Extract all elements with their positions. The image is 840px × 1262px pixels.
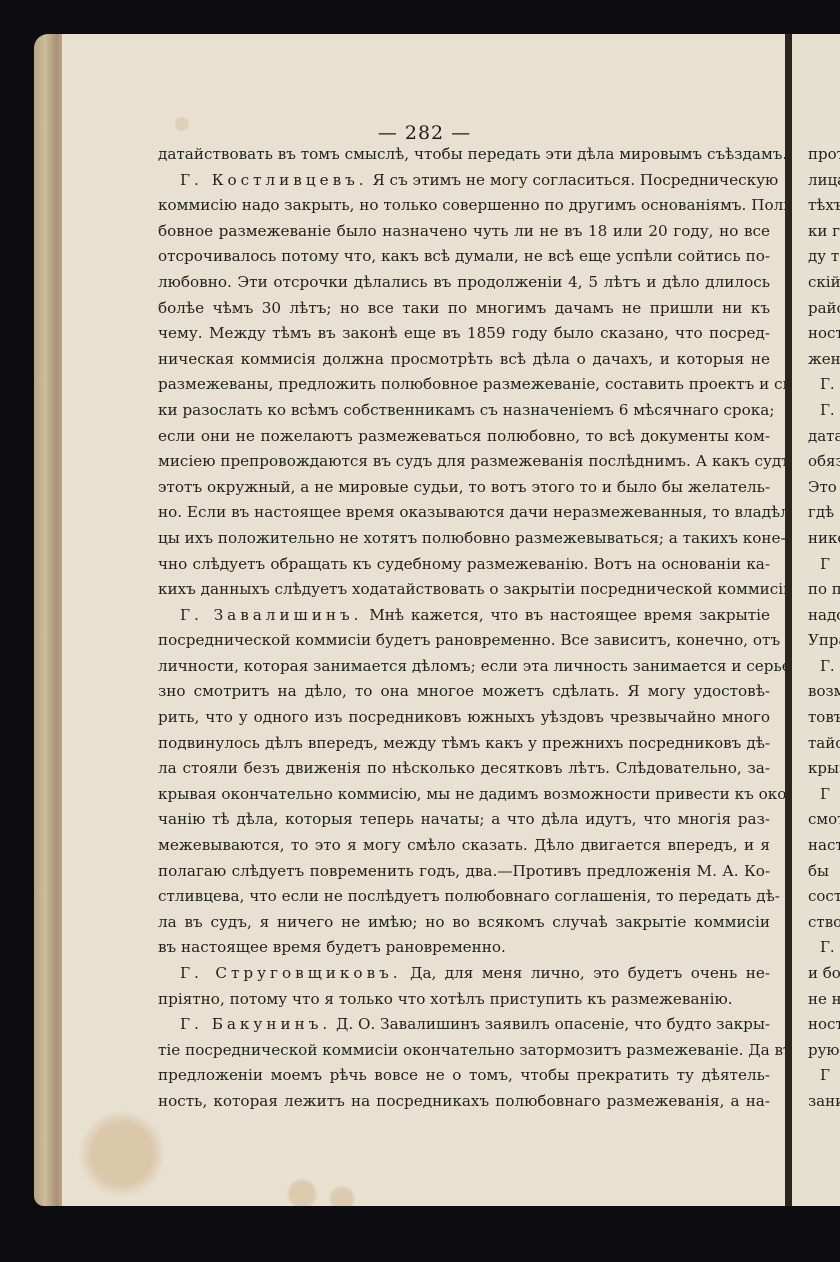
text-line: рить, что у одного изъ посредниковъ южны… bbox=[158, 705, 770, 731]
adjacent-text-line: Г. bbox=[792, 398, 840, 424]
adjacent-text-line: женi bbox=[792, 347, 840, 373]
line-text: ность, которая лежитъ на посредникахъ по… bbox=[158, 1092, 770, 1110]
adjacent-text-line: сост bbox=[792, 884, 840, 910]
text-line: Г. Струговщиковъ. Да, для меня лично, эт… bbox=[158, 961, 770, 987]
line-text: любовно. Эти отсрочки дѣлались въ продол… bbox=[158, 273, 770, 291]
text-line: посреднической коммисіи будетъ рановреме… bbox=[158, 628, 770, 654]
text-line: ла въ судъ, я ничего не имѣю; но во всяк… bbox=[158, 910, 770, 936]
book-page-282: — 282 — датайствовать въ томъ смыслѣ, чт… bbox=[62, 34, 787, 1206]
text-line: мисіею препровождаются въ судъ для разме… bbox=[158, 449, 770, 475]
line-text: предложеніи моемъ рѣчь вовсе не о томъ, … bbox=[158, 1066, 770, 1084]
line-text: датайствовать въ томъ смыслѣ, чтобы пере… bbox=[158, 145, 787, 163]
line-text: кихъ данныхъ слѣдуетъ ходатайствовать о … bbox=[158, 580, 798, 598]
adjacent-text-line: бы bbox=[792, 859, 840, 885]
text-line: чно слѣдуетъ обращать къ судебному разме… bbox=[158, 552, 770, 578]
line-text: тіе посреднической коммисіи окончательно… bbox=[158, 1041, 793, 1059]
adjacent-text-line: лица bbox=[792, 168, 840, 194]
line-text: чно слѣдуетъ обращать къ судебному разме… bbox=[158, 555, 770, 573]
text-line: пріятно, потому что я только что хотѣлъ … bbox=[158, 987, 770, 1013]
adjacent-page-partial: протлицатѣхъки гду тскійрайоностженiГ.Г.… bbox=[792, 34, 840, 1206]
adjacent-text-line: наст bbox=[792, 833, 840, 859]
adjacent-text-line: Г bbox=[792, 1063, 840, 1089]
line-text: подвинулось дѣлъ впередъ, между тѣмъ как… bbox=[158, 734, 770, 752]
line-text: посреднической коммисіи будетъ рановреме… bbox=[158, 631, 780, 649]
line-text: болѣе чѣмъ 30 лѣтъ; но все таки по многи… bbox=[158, 299, 770, 317]
adjacent-text-line: Г. bbox=[792, 654, 840, 680]
text-line: бовное размежеваніе было назначено чуть … bbox=[158, 219, 770, 245]
line-text: рить, что у одного изъ посредниковъ южны… bbox=[158, 708, 770, 726]
line-text: отсрочивалось потому что, какъ всѣ думал… bbox=[158, 247, 770, 265]
adjacent-text-line: скій bbox=[792, 270, 840, 296]
text-line: ки разослать ко всѣмъ собственникамъ съ … bbox=[158, 398, 770, 424]
line-text: Да, для меня лично, это будетъ очень не- bbox=[402, 964, 770, 982]
adjacent-text-line: возм bbox=[792, 679, 840, 705]
line-text: ла въ судъ, я ничего не имѣю; но во всяк… bbox=[158, 913, 770, 931]
line-text: ническая коммисія должна просмотрѣть всѣ… bbox=[158, 350, 770, 368]
adjacent-text-line: ност bbox=[792, 1012, 840, 1038]
speaker-name: Г. Бакунинъ. bbox=[180, 1015, 331, 1033]
adjacent-text-line: Упра bbox=[792, 628, 840, 654]
text-line: цы ихъ положительно не хотятъ полюбовно … bbox=[158, 526, 770, 552]
text-line: отсрочивалось потому что, какъ всѣ думал… bbox=[158, 244, 770, 270]
speaker-name: Г. Струговщиковъ. bbox=[180, 964, 402, 982]
line-text: личности, которая занимается дѣломъ; есл… bbox=[158, 657, 796, 675]
line-text: цы ихъ положительно не хотятъ полюбовно … bbox=[158, 529, 786, 547]
book-gutter bbox=[785, 34, 792, 1206]
line-text: этотъ окружный, а не мировые судьи, то в… bbox=[158, 478, 770, 496]
adjacent-text-line: прот bbox=[792, 142, 840, 168]
line-text: стливцева, что если не послѣдуетъ полюбо… bbox=[158, 887, 780, 905]
line-text: ки разослать ко всѣмъ собственникамъ съ … bbox=[158, 401, 774, 419]
line-text: въ настоящее время будетъ рановременно. bbox=[158, 938, 506, 956]
text-line: чанію тѣ дѣла, которыя теперь начаты; а … bbox=[158, 807, 770, 833]
adjacent-text-line: нико bbox=[792, 526, 840, 552]
adjacent-text-line: райо bbox=[792, 296, 840, 322]
line-text: если они не пожелаютъ размежеваться полю… bbox=[158, 427, 770, 445]
adjacent-page-text: протлицатѣхъки гду тскійрайоностженiГ.Г.… bbox=[792, 142, 840, 1115]
text-line: ла стояли безъ движенія по нѣсколько дес… bbox=[158, 756, 770, 782]
text-line: если они не пожелаютъ размежеваться полю… bbox=[158, 424, 770, 450]
adjacent-text-line: смот bbox=[792, 807, 840, 833]
line-text: ла стояли безъ движенія по нѣсколько дес… bbox=[158, 759, 770, 777]
text-line: тіе посреднической коммисіи окончательно… bbox=[158, 1038, 770, 1064]
line-text: бовное размежеваніе было назначено чуть … bbox=[158, 222, 770, 240]
line-text: межевываются, то это я могу смѣло сказат… bbox=[158, 836, 770, 854]
text-line: межевываются, то это я могу смѣло сказат… bbox=[158, 833, 770, 859]
text-line: но. Если въ настоящее время оказываются … bbox=[158, 500, 770, 526]
text-line: предложеніи моемъ рѣчь вовсе не о томъ, … bbox=[158, 1063, 770, 1089]
adjacent-text-line: тайс bbox=[792, 731, 840, 757]
text-line: ность, которая лежитъ на посредникахъ по… bbox=[158, 1089, 770, 1115]
adjacent-text-line: тѣхъ bbox=[792, 193, 840, 219]
adjacent-text-line: ки г bbox=[792, 219, 840, 245]
adjacent-text-line: Это bbox=[792, 475, 840, 501]
adjacent-text-line: обяз bbox=[792, 449, 840, 475]
text-line: Г. Костливцевъ. Я съ этимъ не могу согла… bbox=[158, 168, 770, 194]
text-line: подвинулось дѣлъ впередъ, между тѣмъ как… bbox=[158, 731, 770, 757]
page-number: — 282 — bbox=[62, 122, 787, 144]
page-text-body: датайствовать въ томъ смыслѣ, чтобы пере… bbox=[158, 142, 770, 1115]
line-text: зно смотритъ на дѣло, то она многое може… bbox=[158, 682, 770, 700]
line-text: чанію тѣ дѣла, которыя теперь начаты; а … bbox=[158, 810, 770, 828]
speaker-name: Г. Завалишинъ. bbox=[180, 606, 362, 624]
line-text: пріятно, потому что я только что хотѣлъ … bbox=[158, 990, 733, 1008]
text-line: стливцева, что если не послѣдуетъ полюбо… bbox=[158, 884, 770, 910]
text-line: болѣе чѣмъ 30 лѣтъ; но все таки по многи… bbox=[158, 296, 770, 322]
adjacent-text-line: и бо bbox=[792, 961, 840, 987]
adjacent-text-line: по п bbox=[792, 577, 840, 603]
text-line: любовно. Эти отсрочки дѣлались въ продол… bbox=[158, 270, 770, 296]
text-line: Г. Бакунинъ. Д. О. Завалишинъ заявилъ оп… bbox=[158, 1012, 770, 1038]
text-line: въ настоящее время будетъ рановременно. bbox=[158, 935, 770, 961]
adjacent-text-line: товъ bbox=[792, 705, 840, 731]
text-line: полагаю слѣдуетъ повременить годъ, два.—… bbox=[158, 859, 770, 885]
adjacent-text-line: ду т bbox=[792, 244, 840, 270]
text-line: ническая коммисія должна просмотрѣть всѣ… bbox=[158, 347, 770, 373]
adjacent-text-line: не н bbox=[792, 987, 840, 1013]
text-line: размежеваны, предложить полюбовное разме… bbox=[158, 372, 770, 398]
text-line: датайствовать въ томъ смыслѣ, чтобы пере… bbox=[158, 142, 770, 168]
adjacent-text-line: надо bbox=[792, 603, 840, 629]
adjacent-text-line: крыз bbox=[792, 756, 840, 782]
text-line: зно смотритъ на дѣло, то она многое може… bbox=[158, 679, 770, 705]
text-line: чему. Между тѣмъ въ законѣ еще въ 1859 г… bbox=[158, 321, 770, 347]
line-text: Мнѣ кажется, что въ настоящее время закр… bbox=[362, 606, 770, 624]
adjacent-text-line: Г bbox=[792, 782, 840, 808]
adjacent-text-line: зани bbox=[792, 1089, 840, 1115]
line-text: чему. Между тѣмъ въ законѣ еще въ 1859 г… bbox=[158, 324, 770, 342]
text-line: крывая окончательно коммисію, мы не дади… bbox=[158, 782, 770, 808]
adjacent-text-line: Г. bbox=[792, 372, 840, 398]
text-line: коммисію надо закрыть, но только соверше… bbox=[158, 193, 770, 219]
line-text: коммисію надо закрыть, но только соверше… bbox=[158, 196, 802, 214]
adjacent-text-line: Г bbox=[792, 552, 840, 578]
line-text: Д. О. Завалишинъ заявилъ опасеніе, что б… bbox=[331, 1015, 770, 1033]
line-text: мисіею препровождаются въ судъ для разме… bbox=[158, 452, 791, 470]
line-text: крывая окончательно коммисію, мы не дади… bbox=[158, 785, 802, 803]
line-text: но. Если въ настоящее время оказываются … bbox=[158, 503, 803, 521]
line-text: размежеваны, предложить полюбовное разме… bbox=[158, 375, 815, 393]
line-text: полагаю слѣдуетъ повременить годъ, два.—… bbox=[158, 862, 770, 880]
text-line: личности, которая занимается дѣломъ; есл… bbox=[158, 654, 770, 680]
adjacent-text-line: Г. bbox=[792, 935, 840, 961]
text-line: кихъ данныхъ слѣдуетъ ходатайствовать о … bbox=[158, 577, 770, 603]
speaker-name: Г. Костливцевъ. bbox=[180, 171, 368, 189]
adjacent-text-line: гдѣ bbox=[792, 500, 840, 526]
adjacent-text-line: дата bbox=[792, 424, 840, 450]
adjacent-text-line: рую bbox=[792, 1038, 840, 1064]
text-line: этотъ окружный, а не мировые судьи, то в… bbox=[158, 475, 770, 501]
text-line: Г. Завалишинъ. Мнѣ кажется, что въ насто… bbox=[158, 603, 770, 629]
line-text: Я съ этимъ не могу согласиться. Посредни… bbox=[368, 171, 779, 189]
adjacent-text-line: ство bbox=[792, 910, 840, 936]
adjacent-text-line: ност bbox=[792, 321, 840, 347]
